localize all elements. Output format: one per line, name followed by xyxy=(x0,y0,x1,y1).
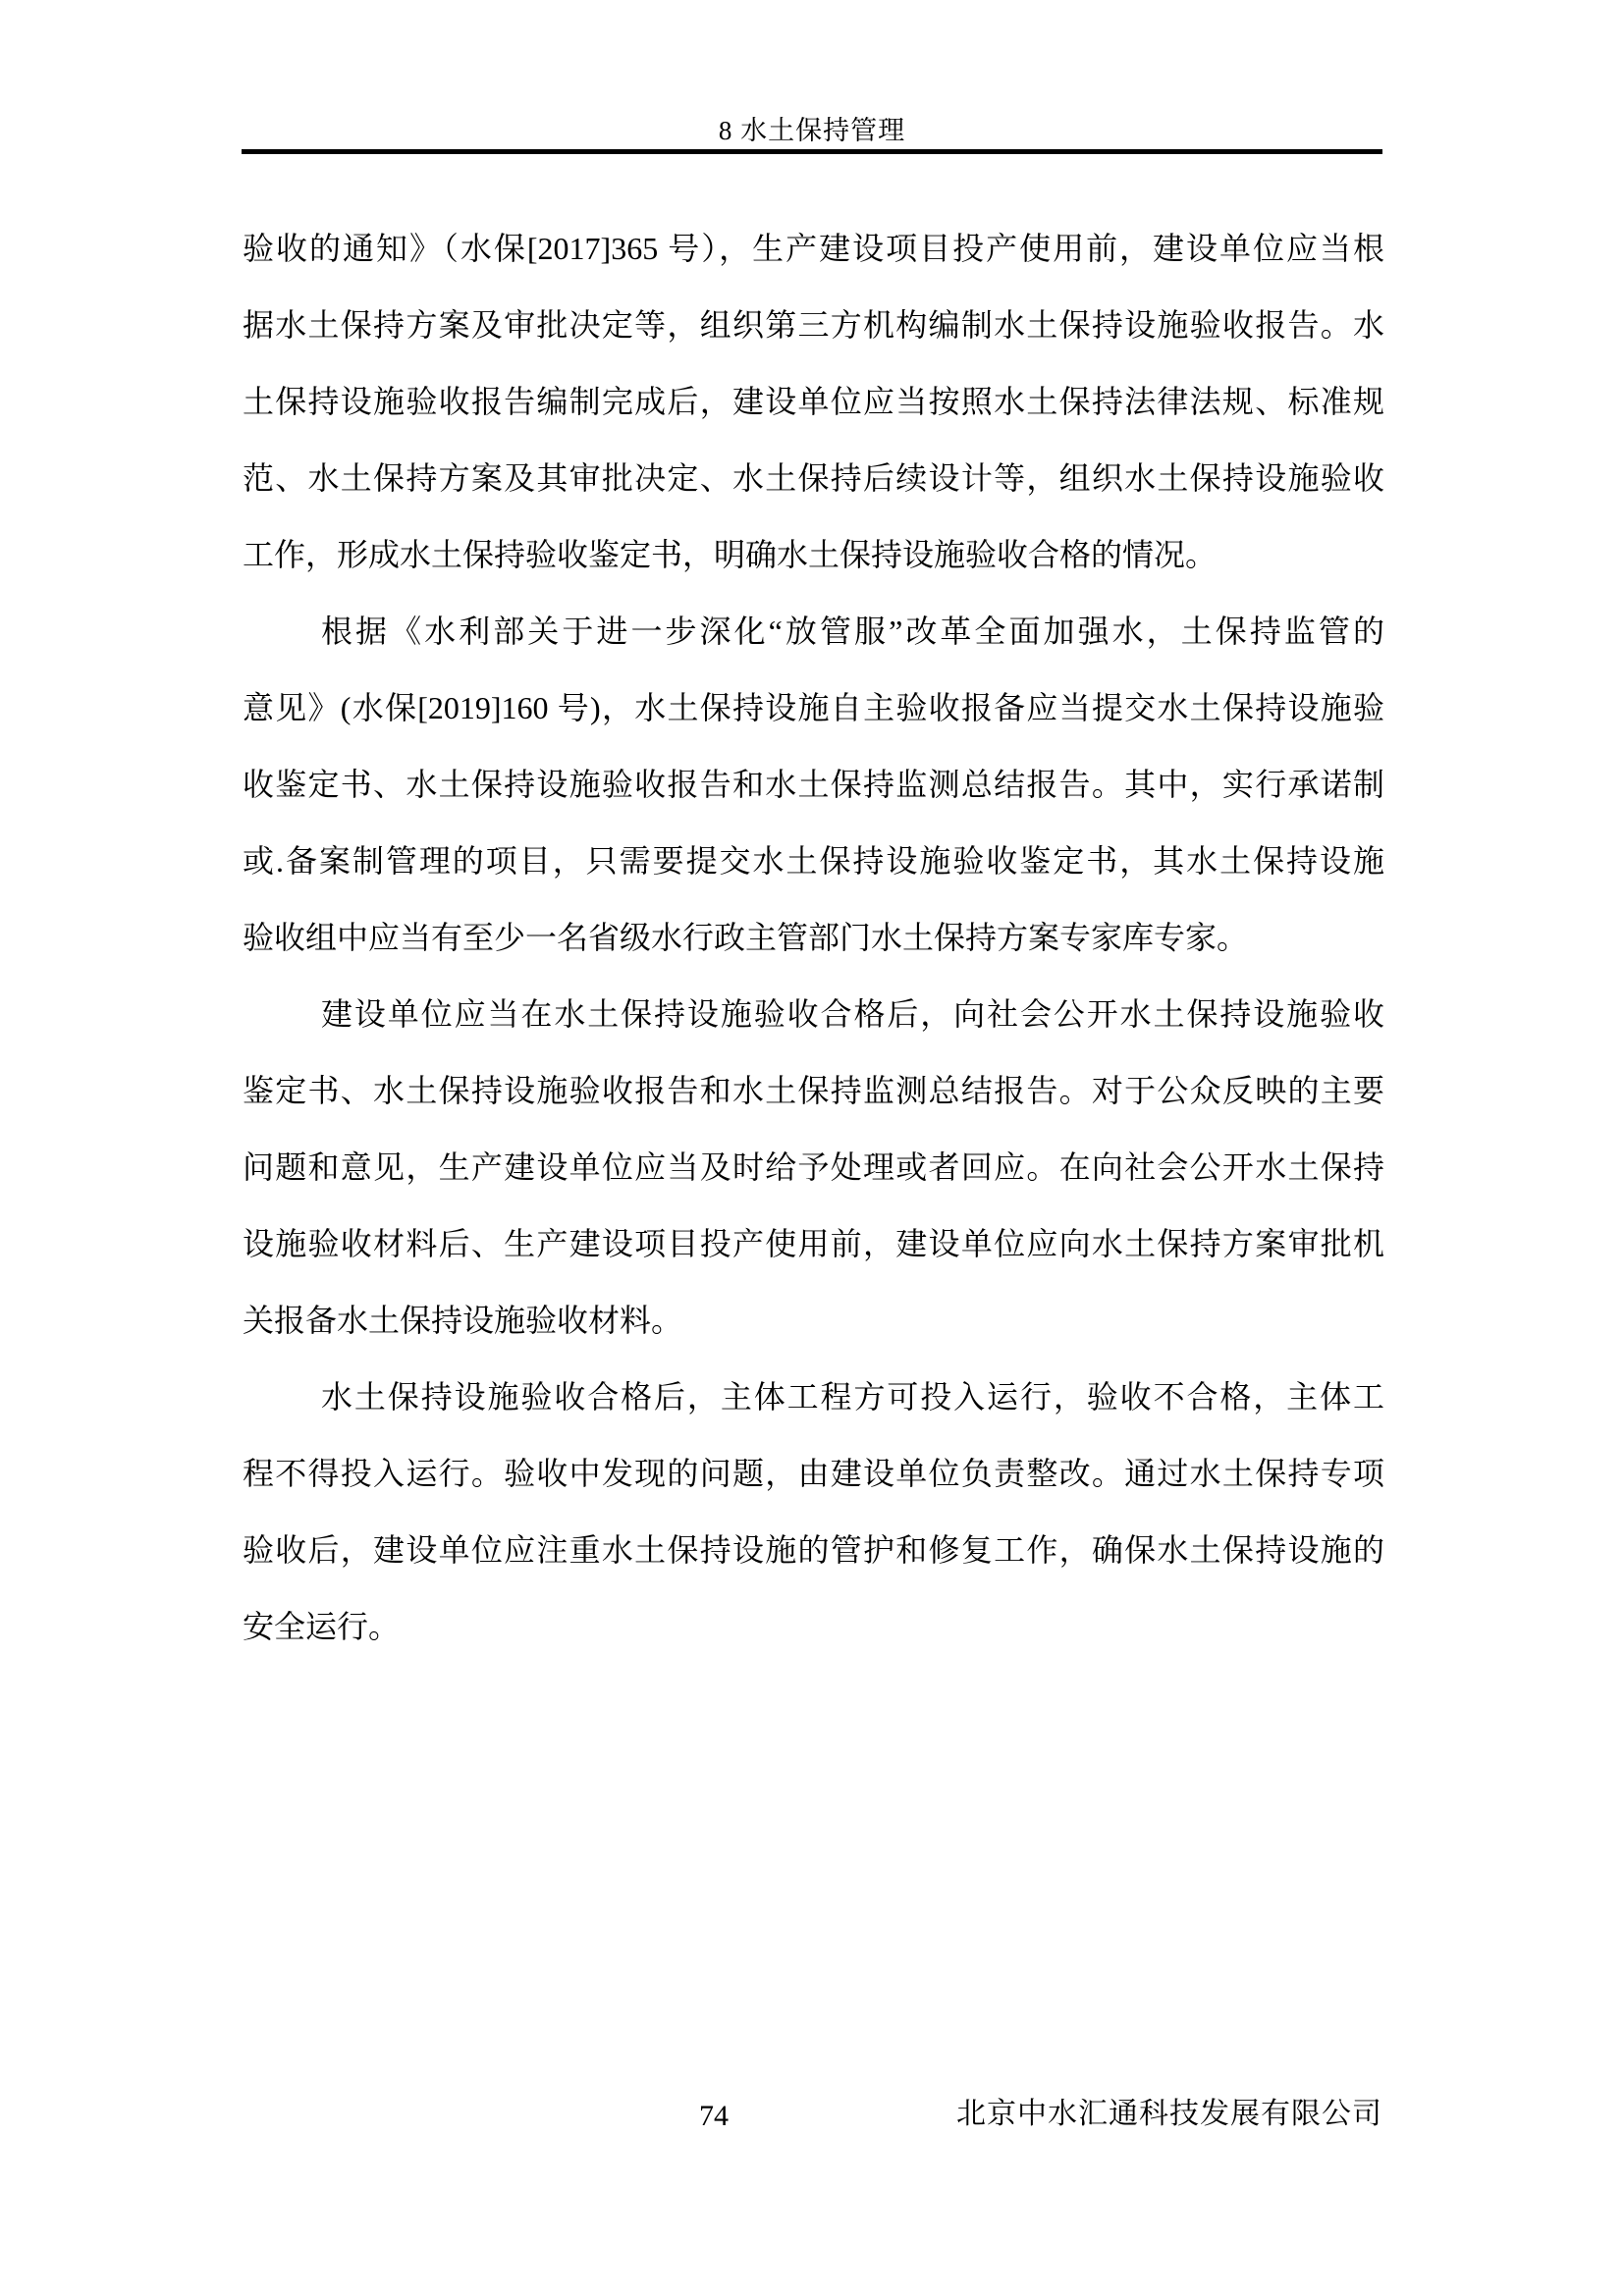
page-header-title: 8 水土保持管理 xyxy=(0,114,1624,148)
paragraph-4: 水土保持设施验收合格后，主体工程方可投入运行，验收不合格，主体工 程不得投入运行… xyxy=(243,1359,1384,1665)
body-line: 安全运行。 xyxy=(243,1588,1384,1665)
footer-company-name: 北京中水汇通科技发展有限公司 xyxy=(956,2097,1382,2132)
paragraph-3: 建设单位应当在水土保持设施验收合格后，向社会公开水土保持设施验收 鉴定书、水土保… xyxy=(243,976,1384,1359)
body-line: 范、水土保持方案及其审批决定、水土保持后续设计等，组织水土保持设施验收 xyxy=(243,440,1384,516)
body-line: 据水土保持方案及审批决定等，组织第三方机构编制水土保持设施验收报告。水 xyxy=(243,287,1384,363)
paragraph-2: 根据《水利部关于进一步深化“放管服”改革全面加强水，土保持监管的 意见》(水保[… xyxy=(243,593,1384,976)
body-line: 收鉴定书、水土保持设施验收报告和水土保持监测总结报告。其中，实行承诺制 xyxy=(243,746,1384,823)
document-page: 8 水土保持管理 验收的通知》（水保[2017]365 号），生产建设项目投产使… xyxy=(0,0,1624,2296)
page-number: 74 xyxy=(675,2099,753,2134)
body-line: 土保持设施验收报告编制完成后，建设单位应当按照水土保持法律法规、标准规 xyxy=(243,363,1384,440)
body-line: 程不得投入运行。验收中发现的问题，由建设单位负责整改。通过水土保持专项 xyxy=(243,1435,1384,1512)
body-line: 验收后，建设单位应注重水土保持设施的管护和修复工作，确保水土保持设施的 xyxy=(243,1512,1384,1588)
body-line: 工作，形成水土保持验收鉴定书，明确水土保持设施验收合格的情况。 xyxy=(243,516,1384,593)
body-line: 关报备水土保持设施验收材料。 xyxy=(243,1282,1384,1359)
body-line: 水土保持设施验收合格后，主体工程方可投入运行，验收不合格，主体工 xyxy=(243,1359,1384,1435)
body-line: 建设单位应当在水土保持设施验收合格后，向社会公开水土保持设施验收 xyxy=(243,976,1384,1052)
body-text: 验收的通知》（水保[2017]365 号），生产建设项目投产使用前，建设单位应当… xyxy=(243,210,1384,1665)
header-rule xyxy=(242,149,1382,154)
body-line: 意见》(水保[2019]160 号)，水土保持设施自主验收报备应当提交水土保持设… xyxy=(243,669,1384,746)
body-line: 设施验收材料后、生产建设项目投产使用前，建设单位应向水土保持方案审批机 xyxy=(243,1205,1384,1282)
body-line: 问题和意见，生产建设单位应当及时给予处理或者回应。在向社会公开水土保持 xyxy=(243,1129,1384,1205)
body-line: 或.备案制管理的项目，只需要提交水土保持设施验收鉴定书，其水土保持设施 xyxy=(243,823,1384,899)
body-line: 验收组中应当有至少一名省级水行政主管部门水土保持方案专家库专家。 xyxy=(243,899,1384,976)
paragraph-1: 验收的通知》（水保[2017]365 号），生产建设项目投产使用前，建设单位应当… xyxy=(243,210,1384,593)
body-line: 根据《水利部关于进一步深化“放管服”改革全面加强水，土保持监管的 xyxy=(243,593,1384,669)
body-line: 验收的通知》（水保[2017]365 号），生产建设项目投产使用前，建设单位应当… xyxy=(243,210,1384,287)
body-line: 鉴定书、水土保持设施验收报告和水土保持监测总结报告。对于公众反映的主要 xyxy=(243,1052,1384,1129)
